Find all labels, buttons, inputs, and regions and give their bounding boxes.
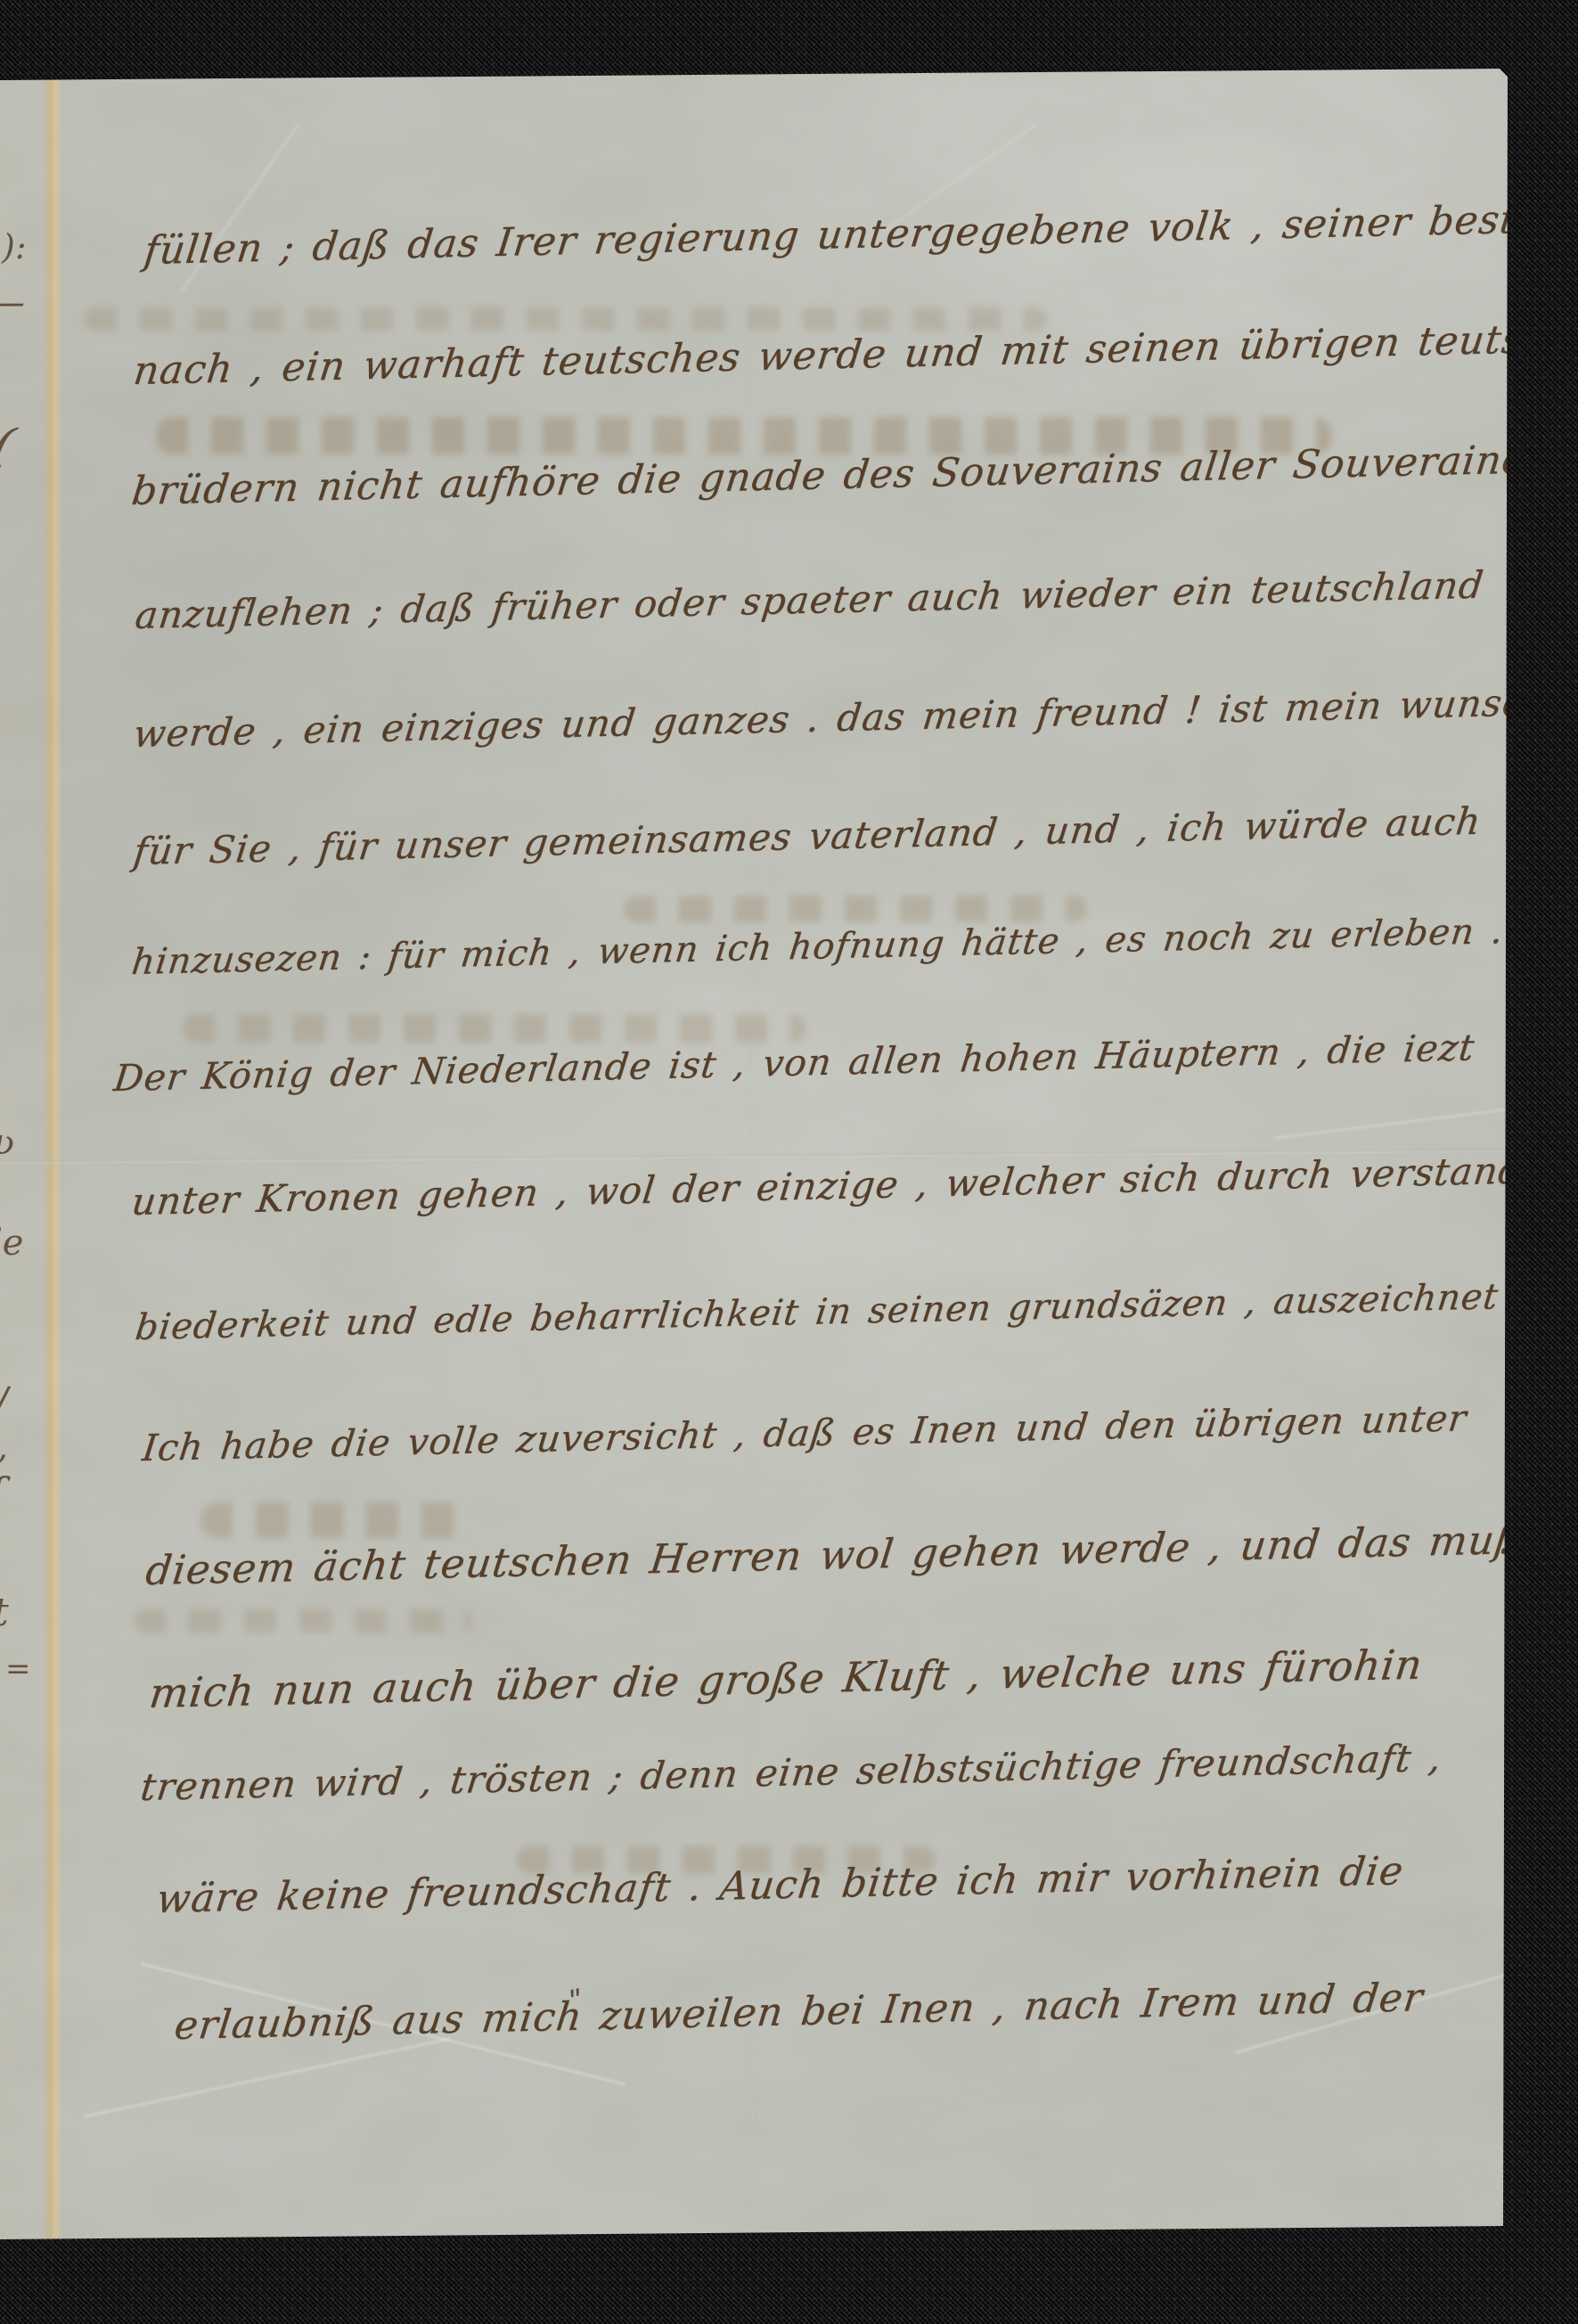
handwritten-line: trennen wird , trösten ; denn eine selbs…: [139, 1739, 1444, 1806]
handwritten-line: brüdern nicht aufhöre die gnade des Souv…: [129, 440, 1528, 511]
cut-off-ink-fragment: ſ: [0, 1472, 4, 1513]
letter-page: füllen ; daß das Irer regierung untergeg…: [0, 0, 1578, 2324]
diagonal-crease: [1275, 1105, 1532, 1139]
sheet-fold-edge: [43, 78, 62, 2239]
handwritten-line: anzuflehen ; daß früher oder spaeter auc…: [134, 567, 1486, 634]
diagonal-crease: [84, 2037, 450, 2117]
ink-bleedthrough: [134, 1609, 472, 1633]
handwritten-line: Ich habe die volle zuversicht , daß es I…: [141, 1400, 1469, 1467]
handwritten-line: biederkeit und edle beharrlichkeit in se…: [134, 1278, 1530, 1346]
cut-off-ink-fragment: =: [5, 1654, 31, 1684]
cut-off-ink-fragment: ):: [2, 230, 27, 264]
manuscript-photo: füllen ; daß das Irer regierung untergeg…: [0, 0, 1578, 2324]
ink-bleedthrough: [85, 307, 1047, 331]
handwritten-line: mich nun auch über die große Kluft , wel…: [147, 1644, 1425, 1714]
handwritten-line: werde , ein einziges und ganzes . das me…: [132, 683, 1552, 753]
cut-off-ink-fragment: le: [0, 1225, 23, 1261]
handwritten-line: nach , ein warhaft teutsches werde und m…: [131, 318, 1578, 391]
handwritten-line: für Sie , für unser gemeinsames vaterlan…: [132, 803, 1484, 871]
cut-off-ink-fragment: (: [0, 419, 19, 470]
handwritten-line: wäre keine freundschaft . Auch bitte ich…: [154, 1852, 1405, 1919]
handwritten-line: unter Kronen gehen , wol der einzige , w…: [130, 1151, 1556, 1221]
cut-off-ink-fragment: t: [0, 1593, 9, 1633]
handwritten-line: erlaubniß aus mich zuweilen bei Inen , n…: [172, 1978, 1425, 2046]
handwritten-line: Der König der Niederlande ist , von alle…: [112, 1029, 1477, 1097]
handwritten-line: hinzusezen : für mich , wenn ich hofnung…: [130, 913, 1506, 980]
cut-off-ink-fragment: /: [0, 1383, 8, 1422]
cut-off-ink-fragment: ʋ: [0, 1125, 14, 1160]
cut-off-ink-fragment: —: [0, 283, 25, 323]
ink-bleedthrough: [624, 896, 1087, 922]
handwritten-line: diesem ächt teutschen Herren wol gehen w…: [143, 1519, 1525, 1591]
ink-bleedthrough: [183, 1014, 806, 1043]
handwritten-line: füllen ; daß das Irer regierung untergeg…: [142, 197, 1578, 271]
ink-bleedthrough: [200, 1502, 468, 1538]
cut-off-ink-fragment: ‚: [0, 1429, 8, 1465]
